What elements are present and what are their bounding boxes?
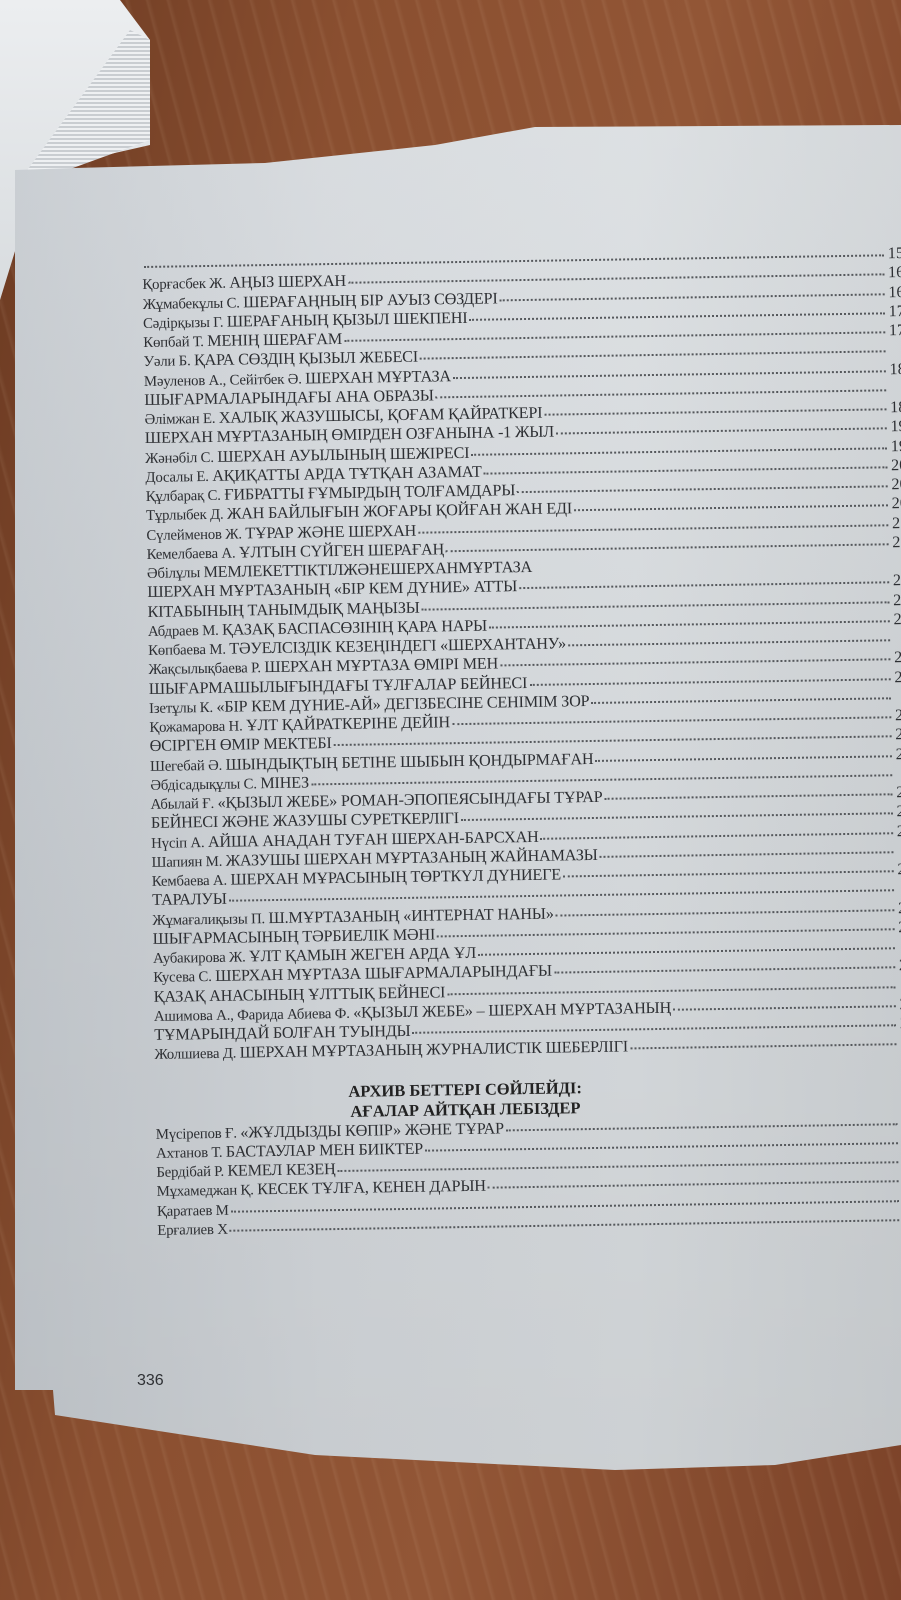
toc-entries: 155Қорғасбек Ж. АҢЫЗ ШЕРХАН162Жұмабекұлы… (142, 244, 901, 1064)
leader-dots (506, 1123, 898, 1131)
entry-page-number: 204 (890, 475, 901, 495)
entry-author: Қожамарова Н. (149, 718, 246, 736)
entry-author: Тұрлыбек Д. (146, 507, 227, 524)
entry-author: Сүлейменов Ж. (146, 526, 245, 544)
leader-dots (488, 1180, 899, 1188)
leader-dots (436, 389, 887, 398)
entry-author: Ізетұлы К. (149, 700, 217, 717)
leader-dots (591, 697, 891, 704)
entry-author: Көпбаева М. (148, 642, 229, 659)
leader-dots (500, 659, 890, 667)
entry-page-number: 227 (892, 648, 901, 668)
entry-page-number: 155 (886, 244, 901, 264)
entry-page-number: 233 (893, 667, 901, 687)
entry-page-number: 166 (887, 282, 901, 302)
entry-title: ТАРАЛУЫ (152, 890, 227, 910)
leader-dots (344, 331, 885, 342)
entry-author: Әбдісадықұлы С. (150, 776, 260, 794)
page-number: 336 (137, 1372, 164, 1390)
entry-page-number: 219 (891, 571, 901, 591)
leader-dots (471, 447, 887, 456)
entry-author: Абылай Ғ. (150, 796, 217, 813)
entry-author: Шегебай Ә. (150, 757, 226, 774)
leader-dots (422, 601, 890, 610)
leader-dots (338, 1161, 899, 1172)
leader-dots (484, 466, 888, 474)
leader-dots (452, 716, 891, 725)
entry-author: Жақсылықбаева Р. (148, 660, 264, 678)
entry-author: Аубакирова Ж. (153, 949, 249, 967)
entry-author: Сәдірқызы Г. (143, 314, 227, 331)
leader-dots (574, 505, 888, 512)
leader-dots (673, 1005, 896, 1011)
entry-author: Жолшиева Д. (154, 1046, 239, 1063)
entry-page-number: 190 (889, 417, 901, 437)
leader-dots (563, 870, 894, 877)
leader-dots (541, 832, 894, 840)
leader-dots (418, 524, 888, 533)
entry-title: Қаратаев М (157, 1200, 229, 1221)
leader-dots (529, 678, 890, 686)
entry-page-number: 243 (894, 744, 901, 764)
leader-dots (461, 813, 893, 822)
leader-dots (447, 986, 895, 995)
entry-page-number: 198 (889, 436, 901, 456)
leader-dots (453, 370, 886, 379)
leader-dots (334, 736, 892, 747)
entry-author: Қаратаев М (157, 1202, 229, 1219)
leader-dots (420, 351, 886, 360)
entry-author: Абдраев М. (148, 623, 222, 640)
entry-page-number: 260 (896, 860, 901, 880)
entry-page-number: 222 (891, 590, 901, 610)
leader-dots (519, 582, 889, 590)
leader-dots (469, 312, 885, 321)
entry-author: Шапиян М. (151, 854, 225, 871)
leader-dots (517, 485, 888, 493)
leader-dots (425, 1142, 898, 1151)
entry-author: Әлімжан Е. (144, 411, 218, 428)
entry-author: Құлбарақ С. (146, 488, 225, 505)
entry-author: Көпбай Т. (143, 334, 207, 351)
entry-author: Нүсіп А. (151, 835, 208, 852)
entry-page-number: 170 (887, 302, 901, 322)
entry-author: Бердібай Р. (156, 1164, 227, 1181)
entry-author: Жәнәбіл С. (145, 449, 217, 466)
entry-page-number: 178 (887, 321, 901, 341)
entry-page-number: 258 (895, 821, 901, 841)
leader-dots (544, 408, 886, 415)
entry-page-number: 224 (892, 610, 901, 630)
leader-dots (556, 909, 895, 916)
entry-page-number: 239 (893, 725, 901, 745)
leader-dots (500, 293, 885, 301)
leader-dots (600, 851, 894, 858)
entry-page-number: 216 (890, 533, 901, 553)
entry-author: Ахтанов Т. (156, 1145, 226, 1162)
leader-dots (595, 755, 892, 762)
entry-page-number: 213 (890, 513, 901, 533)
entry-author: Жұмағалиқызы П. (152, 911, 268, 929)
entry-author: Ашимова А., Фарида Абиева Ф. (154, 1006, 354, 1025)
entry-author: Кембаева А. (152, 873, 231, 890)
leader-dots (446, 543, 889, 552)
entry-author: Кусева С. (153, 969, 215, 986)
entry-page-number: 267 (896, 918, 901, 938)
leader-dots (568, 639, 890, 646)
section-entries: Мүсірепов Ғ. «ЖҰЛДЫЗДЫ КӨПІР» ЖӘНЕ ТҰРАР… (156, 1112, 901, 1240)
entry-author: Жұмабекұлы С. (143, 295, 244, 313)
leader-dots (554, 967, 895, 974)
leader-dots (556, 428, 887, 435)
entry-author: Қорғасбек Ж. (142, 276, 229, 293)
entry-author: Досалы Е. (145, 469, 212, 486)
leader-dots (630, 1043, 896, 1049)
entry-page-number: 184 (888, 398, 901, 418)
entry-title: Ерғалиев Х (157, 1220, 228, 1241)
entry-author: Уәли Б. (144, 353, 195, 370)
entry-author: Мәуленов А., Сейітбек Ә. (144, 371, 305, 390)
leader-dots (437, 928, 895, 937)
entry-page-number: 272 (897, 956, 901, 976)
leader-dots (489, 620, 890, 628)
leader-dots (478, 947, 895, 956)
entry-author: Кемелбаева А. (147, 545, 239, 562)
entry-page-number: 266 (896, 898, 901, 918)
leader-dots (230, 1219, 899, 1232)
leader-dots (604, 793, 892, 800)
entry-page-number: 180 (888, 359, 901, 379)
entry-author: Мұхамеджан Қ. (157, 1183, 258, 1201)
table-of-contents: 155Қорғасбек Ж. АҢЫЗ ШЕРХАН162Жұмабекұлы… (142, 244, 901, 1240)
entry-page-number: 248 (894, 783, 901, 803)
leader-dots (311, 774, 892, 785)
entry-author: Әбілұлы (147, 565, 204, 582)
entry-page-number: 251 (895, 802, 901, 822)
entry-page-number: 208 (890, 494, 901, 514)
leader-dots (413, 1024, 897, 1034)
entry-page-number: 201 (889, 456, 901, 476)
entry-page-number: 235 (893, 706, 901, 726)
entry-page-number: 162 (886, 263, 901, 283)
entry-author: Ерғалиев Х (157, 1222, 228, 1239)
entry-author: Мүсірепов Ғ. (156, 1125, 241, 1142)
leader-dots (348, 274, 884, 284)
